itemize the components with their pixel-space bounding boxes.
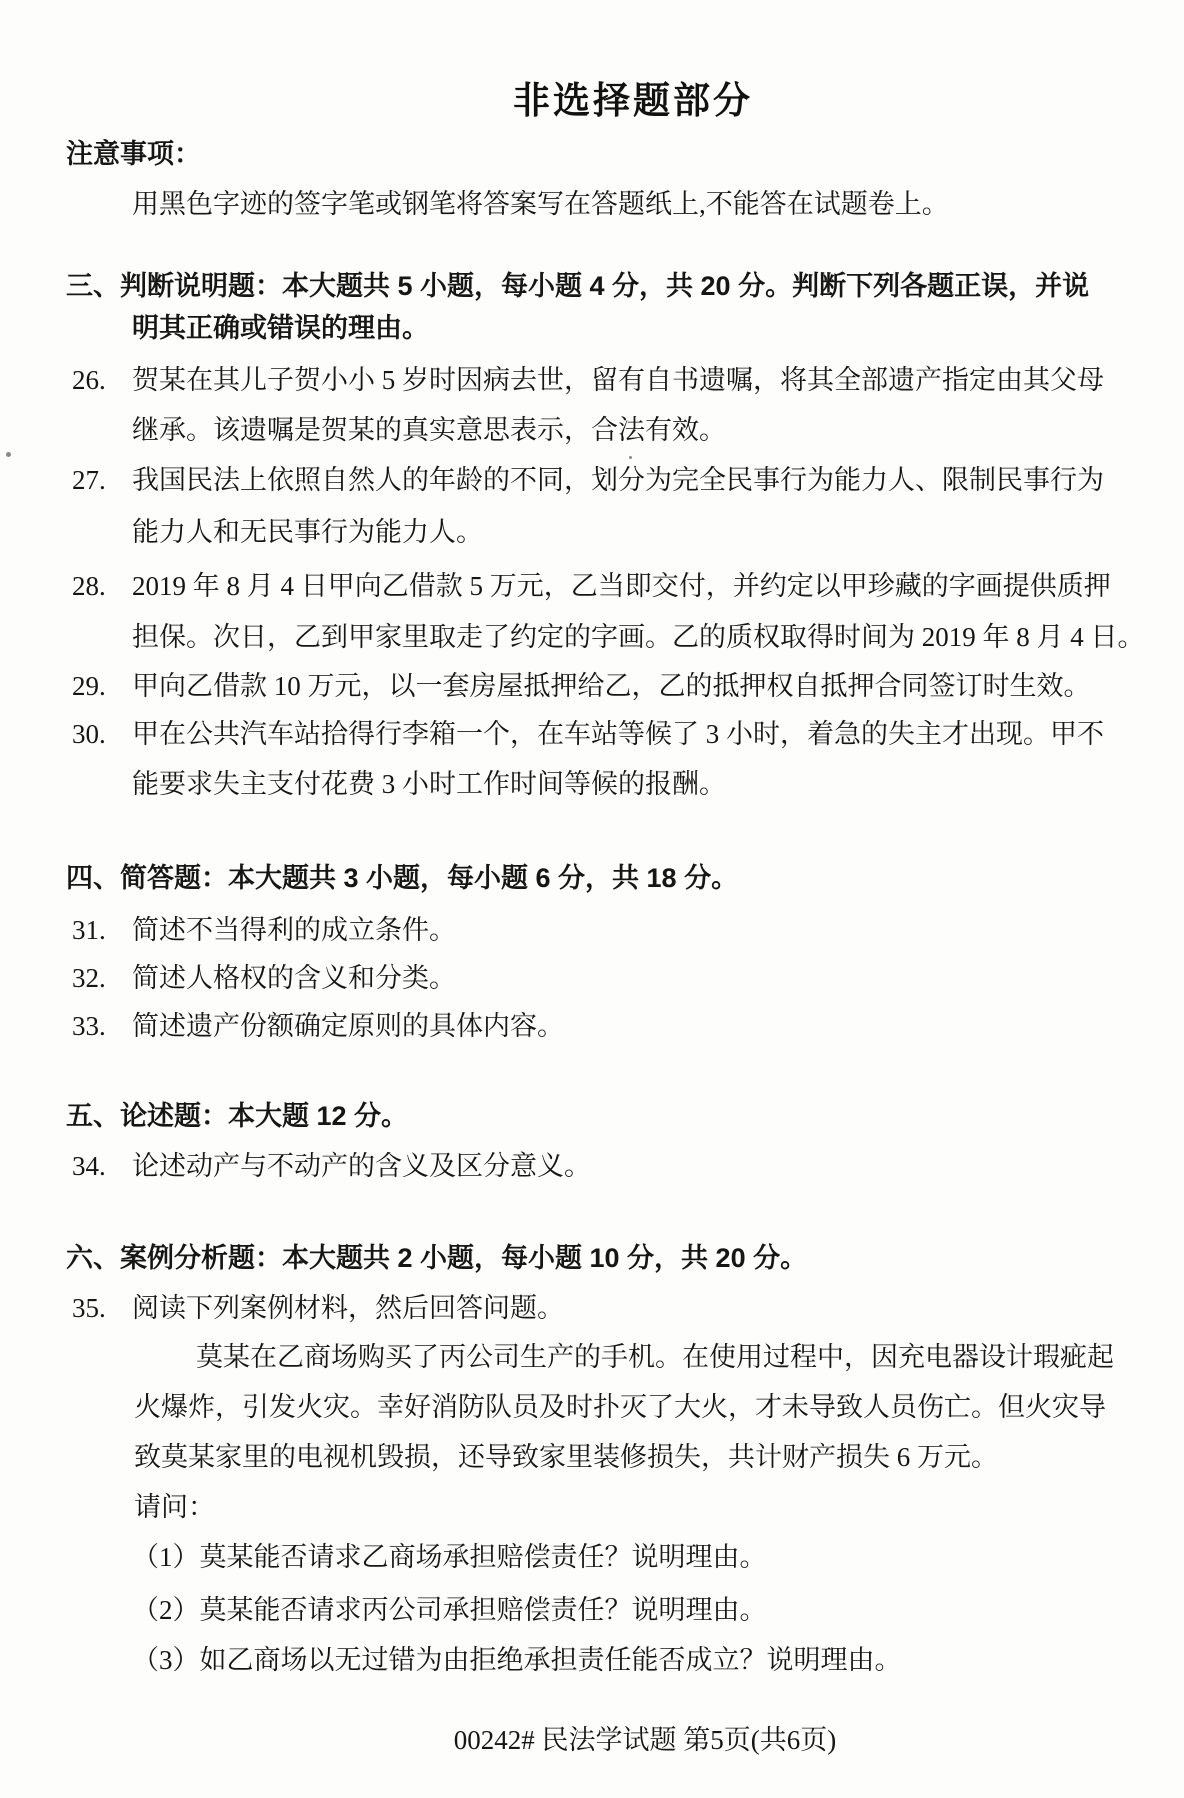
- notice-heading: 注意事项：: [66, 138, 201, 170]
- case-question-1: （1）莫某能否请求乙商场承担赔偿责任？说明理由。: [132, 1541, 767, 1573]
- section-essay-heading: 五、论述题：本大题 12 分。: [66, 1100, 408, 1132]
- question-27-line1: 27.我国民法上依照自然人的年龄的不同，划分为完全民事行为能力人、限制民事行为: [72, 464, 1104, 496]
- question-27-line2: 能力人和无民事行为能力人。: [132, 516, 483, 548]
- question-32-text: 简述人格权的含义和分类。: [132, 963, 456, 993]
- question-35-text: 阅读下列案例材料，然后回答问题。: [132, 1293, 564, 1323]
- question-26-text: 贺某在其儿子贺小小 5 岁时因病去世，留有自书遗嘱，将其全部遗产指定由其父母: [132, 365, 1104, 395]
- question-28-number: 28.: [72, 570, 132, 602]
- question-31-text: 简述不当得利的成立条件。: [132, 915, 456, 945]
- question-28-text: 2019 年 8 月 4 日甲向乙借款 5 万元，乙当即交付，并约定以甲珍藏的字…: [132, 571, 1111, 601]
- section-case-analysis-heading: 六、案例分析题：本大题共 2 小题，每小题 10 分，共 20 分。: [66, 1242, 807, 1274]
- case-question-2: （2）莫某能否请求丙公司承担赔偿责任？说明理由。: [132, 1594, 767, 1626]
- page-title: 非选择题部分: [513, 81, 753, 121]
- question-32-number: 32.: [72, 962, 132, 994]
- section-judgment-heading-line2: 明其正确或错误的理由。: [132, 312, 429, 344]
- question-30-number: 30.: [72, 718, 132, 750]
- exam-page: 非选择题部分 注意事项： 用黑色字迹的签字笔或钢笔将答案写在答题纸上,不能答在试…: [0, 0, 1184, 1798]
- question-27-number: 27.: [72, 464, 132, 496]
- case-prompt: 请问：: [134, 1491, 215, 1523]
- question-33-text: 简述遗产份额确定原则的具体内容。: [132, 1011, 564, 1041]
- section-short-answer-heading: 四、简答题：本大题共 3 小题，每小题 6 分，共 18 分。: [66, 862, 738, 894]
- page-footer: 00242# 民法学试题 第5页(共6页): [454, 1718, 836, 1757]
- section-judgment-heading-line1: 三、判断说明题：本大题共 5 小题，每小题 4 分，共 20 分。判断下列各题正…: [66, 270, 1089, 302]
- question-30-line2: 能要求失主支付花费 3 小时工作时间等候的报酬。: [132, 768, 726, 800]
- question-29-number: 29.: [72, 670, 132, 702]
- question-26-number: 26.: [72, 364, 132, 396]
- case-material-line1: 莫某在乙商场购买了丙公司生产的手机。在使用过程中，因充电器设计瑕疵起: [196, 1341, 1114, 1373]
- notice-body: 用黑色字迹的签字笔或钢笔将答案写在答题纸上,不能答在试题卷上。: [132, 188, 949, 220]
- question-34-text: 论述动产与不动产的含义及区分意义。: [132, 1151, 591, 1181]
- question-26-line1: 26.贺某在其儿子贺小小 5 岁时因病去世，留有自书遗嘱，将其全部遗产指定由其父…: [72, 364, 1104, 396]
- question-26-line2: 继承。该遗嘱是贺某的真实意思表示，合法有效。: [132, 414, 726, 446]
- question-28-line2: 担保。次日，乙到甲家里取走了约定的字画。乙的质权取得时间为 2019 年 8 月…: [132, 621, 1145, 653]
- question-29-line1: 29.甲向乙借款 10 万元，以一套房屋抵押给乙，乙的抵押权自抵押合同签订时生效…: [72, 670, 1091, 702]
- question-35-number: 35.: [72, 1292, 132, 1324]
- question-34-number: 34.: [72, 1150, 132, 1182]
- question-31-number: 31.: [72, 914, 132, 946]
- question-33-line1: 33.简述遗产份额确定原则的具体内容。: [72, 1010, 564, 1042]
- scan-speck: [6, 452, 11, 457]
- question-30-text: 甲在公共汽车站拾得行李箱一个，在车站等候了 3 小时，着急的失主才出现。甲不: [132, 719, 1104, 749]
- question-28-line1: 28.2019 年 8 月 4 日甲向乙借款 5 万元，乙当即交付，并约定以甲珍…: [72, 570, 1111, 602]
- question-34-line1: 34.论述动产与不动产的含义及区分意义。: [72, 1150, 591, 1182]
- case-material-line2: 火爆炸，引发火灾。幸好消防队员及时扑灭了大火，才未导致人员伤亡。但火灾导: [134, 1391, 1106, 1423]
- question-35-line1: 35.阅读下列案例材料，然后回答问题。: [72, 1292, 564, 1324]
- question-30-line1: 30.甲在公共汽车站拾得行李箱一个，在车站等候了 3 小时，着急的失主才出现。甲…: [72, 718, 1104, 750]
- scan-speck: [629, 456, 632, 459]
- question-29-text: 甲向乙借款 10 万元，以一套房屋抵押给乙，乙的抵押权自抵押合同签订时生效。: [132, 671, 1091, 701]
- question-31-line1: 31.简述不当得利的成立条件。: [72, 914, 456, 946]
- case-material-line3: 致莫某家里的电视机毁损，还导致家里装修损失，共计财产损失 6 万元。: [134, 1441, 998, 1473]
- case-question-3: （3）如乙商场以无过错为由拒绝承担责任能否成立？说明理由。: [132, 1644, 902, 1676]
- question-33-number: 33.: [72, 1010, 132, 1042]
- question-32-line1: 32.简述人格权的含义和分类。: [72, 962, 456, 994]
- question-27-text: 我国民法上依照自然人的年龄的不同，划分为完全民事行为能力人、限制民事行为: [132, 465, 1104, 495]
